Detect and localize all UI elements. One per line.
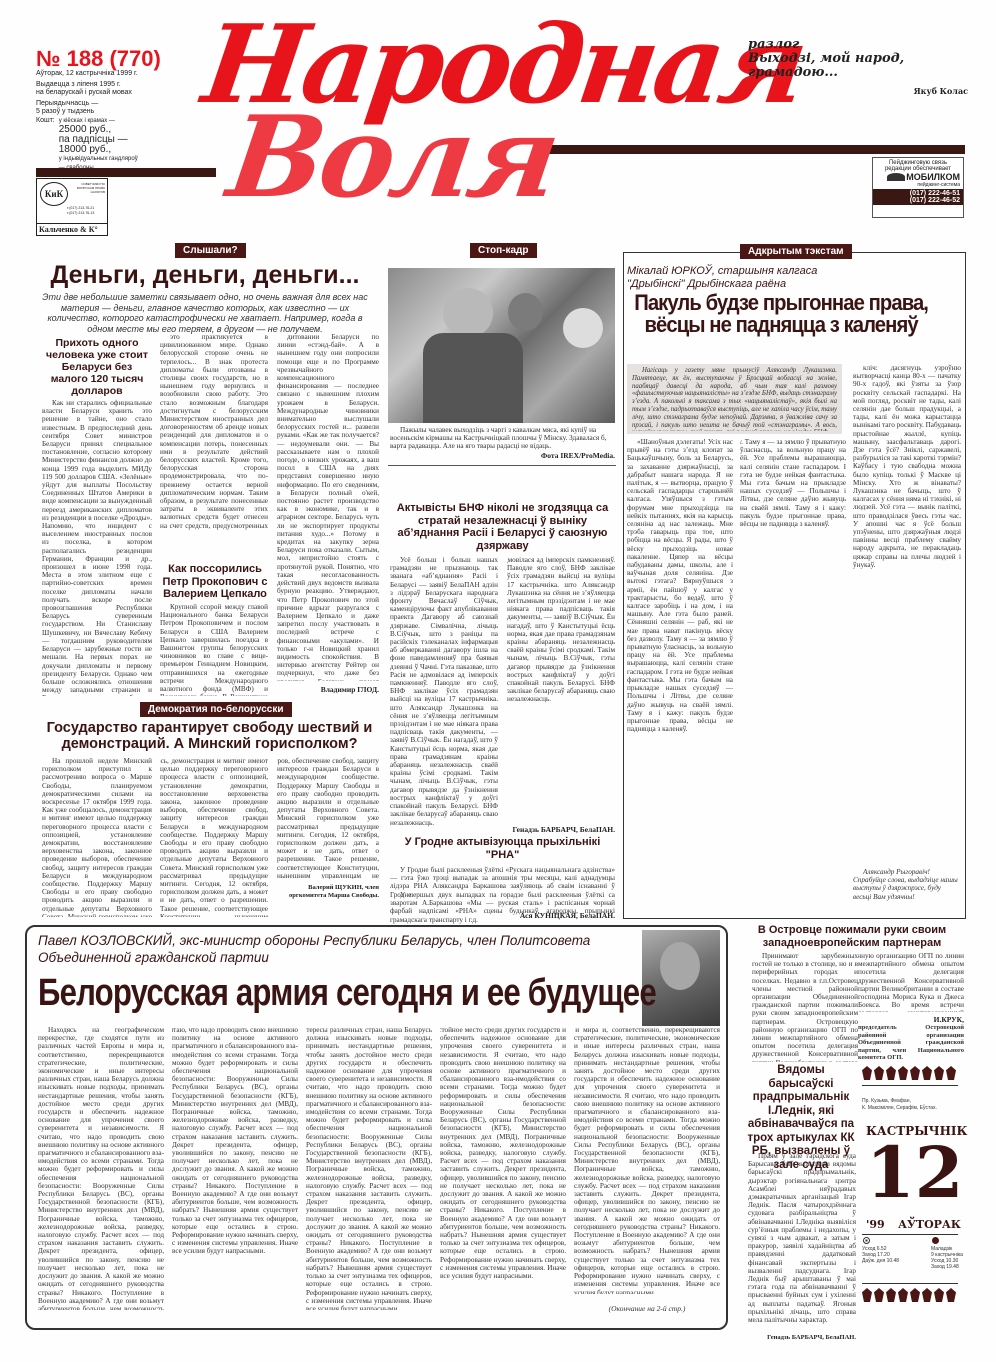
ostrovets-col2: Принимают зарубежных гостей не только в … [858,952,964,1012]
sun-icon [863,1237,870,1244]
masthead-rule-left [36,168,216,177]
languages-line: на беларускай і рускай мовах [36,89,196,98]
calendar-weekday: АЎТОРАК [898,1218,961,1231]
army-headline: Белорусская армия сегодня и ее будущее [38,973,530,1013]
rubric-heard: Слышали? [175,243,246,258]
kolkhoz-lead: Нагісаць у газету мяне прымусіў Аляксанд… [632,367,837,431]
lednik-text: Праям ў зале гарадскога суда Барысава, б… [748,1152,856,1332]
mobilcom-brand: МОБИЛКОМ [906,172,960,182]
bnf-headline: Актывісты БНФ ніколі не згодзяцца са стр… [390,502,615,552]
ostrovets-author: И.КРУК, [858,1015,964,1024]
kalchenko-phone-2: т.(017) 213-76-13 [67,211,94,215]
ornament-rule-top [862,1085,958,1086]
masthead-rule-right [545,145,965,154]
lednik-author: Генадзь БАРБАРЧ, БелаПАН. [748,1334,856,1341]
army-col1: Находясь на географическом перекрестке, … [38,1026,164,1310]
kalchenko-small-text: СОВЕТЧИКИ ПО ВОПРОСАМ ПРАВА НАЛОГОВ [71,182,105,194]
army-col3: Находясь на географическом перекрестке, … [306,1026,432,1310]
money-col2-text: это практикуется в цивилизованном мире. … [160,333,268,530]
minsk-demo-col1: На прошлой неделе Минский горисполком пр… [42,757,152,917]
calendar-rule-1 [862,1234,958,1235]
mobilcom-ad[interactable]: Пейджинговую связь редакции обеспечивает… [872,157,964,218]
day-length: Даўж. дня 10.48 [862,1258,899,1264]
army-headline-wrap: Белорусская армия сегодня и ее будущее [38,973,638,1013]
ostrovets-col1: Принимают зарубежных гостей не только в … [752,952,858,1062]
moon-icon [932,1237,939,1244]
frequency-value: 5 разоў у тыдзень [36,108,196,117]
kolkhoz-closing: Аляксандр Рыгоравіч! Спрабуйце слова, вы… [853,868,961,901]
masthead-info: Аўторак, 12 кастрычніка 1999 г. Выдаецца… [36,70,196,172]
bnf-author: Генадзь БАРБАРЧ, БелаПАН. [507,825,615,834]
kolkhoz-col2: «Шаноўныя дэлегаты! Усіх нас прывёў на г… [740,438,846,913]
mobilcom-phone-2: (017) 222-46-52 [876,197,960,204]
calendar-rule-2 [862,1283,958,1284]
epigraph: На прастор, на шырокі разлог Выходзі, мо… [748,24,978,98]
calendar-names-1: Пр. Кузьма, Феафан, [862,1098,911,1104]
money-col3-text: дитовании Беларуси по линии «стэнд-бай».… [277,333,379,681]
epigraph-line-2: Выходзі, мой народ, грамадою... [748,52,978,80]
issue-number: № 188 (770) [36,46,161,72]
money-sub1-headline: Прихоть одного человека уже стоит Белару… [42,337,152,397]
money-headline: Деньги, деньги, деньги... [40,262,370,290]
bnf-col1: Усё больш і больш нашых грамадзян не пры… [390,556,498,834]
kolkhoz-col1: «Шаноўныя дэлегаты! Усіх нас прывёў на г… [627,438,733,913]
photo-market [388,268,615,423]
epigraph-author: Якуб Колас [748,84,978,98]
photo-caption: Пажылы чалавек выходзіць з чаргі з кавал… [390,426,615,451]
army-col4: Находясь на географическом перекрестке, … [440,1026,566,1310]
epigraph-line-1: На прастор, на шырокі разлог [748,24,978,52]
rubric-democracy: Демократия по-белорусски [140,702,292,717]
rna-author: Ася КУНІЦКАЯ, БелаПАН. [390,911,615,920]
photo-credit: Фота IREX/ProMedia. [390,451,615,460]
kolkhoz-col3: кліч: дасягнуць узроўню вытворчасці канц… [853,364,961,856]
moon-info: Маладзік 9 кастрычніка Усход 10.30 Заход… [931,1246,963,1270]
price-subscription-value: 18000 руб., [59,145,138,155]
money-sub1-text: Как ни старались официальные власти Бела… [42,399,152,696]
moonset: Заход 19.48 [931,1264,963,1270]
rubric-open-text: Адкрытым тэкстам [740,244,852,259]
army-subtitle: Павел КОЗЛОВСКИЙ, экс-министр обороны Ре… [38,932,638,966]
kalchenko-name: Кальченко & К° [37,223,107,235]
minsk-demo-col2: На прошлой неделе Минский горисполком пр… [160,757,268,917]
since-line: Выдаецца з ліпеня 1995 г. [36,81,196,90]
rubric-stop-frame: Стоп-кадр [470,243,537,258]
minsk-demo-headline: Государство гарантирует свободу шествий … [42,720,377,752]
calendar-year: '99 [866,1218,885,1231]
kolkhoz-subtitle: Мікалай ЮРКОЎ, старшыня калгаса "Дрыбінс… [627,265,857,291]
kolkhoz-headline: Пакуль будзе прыгоннае права, вёсцы не п… [627,292,935,336]
issue-date: Аўторак, 12 кастрычніка 1999 г. [36,70,196,79]
mobilcom-logo-icon [887,173,905,181]
money-author: Владимир ГЛОД. [277,685,379,694]
kolkhoz-headline-wrap: Пакуль будзе прыгоннае права, вёсцы не п… [627,292,962,336]
kalchenko-ad[interactable]: КиК СОВЕТЧИКИ ПО ВОПРОСАМ ПРАВА НАЛОГОВ … [36,178,108,236]
money-lead: Эти две небольшие заметки связывает одно… [40,292,370,334]
calendar-day: 12 [866,1133,958,1213]
ostrovets-headline: В Островце пожимали руки своим западноев… [738,924,966,949]
minsk-demo-author: Валерий ЩУКИН, член оргкомитета Марша Св… [277,884,379,899]
army-col5: Находясь на географическом перекрестке, … [574,1026,720,1294]
price-label: Кошт: [36,117,55,173]
divider [388,465,616,466]
newspaper-title-volya: Воля [222,100,563,215]
sun-info: Усход 6.52 Заход 17.20 Даўж. дня 10.48 [862,1246,899,1264]
bnf-col2: Усё больш і больш нашых грамадзян не пры… [507,556,615,824]
frequency-line: Перыядычнасць — [36,100,196,109]
price-private-label: у індывідуальных гандляроў [59,155,138,164]
kik-logo-icon: КиК [40,182,68,206]
mobilcom-phone-1: (017) 222-46-51 [876,190,960,197]
ornament-bottom-icon [862,1288,956,1302]
minsk-demo-col3: На прошлой неделе Минский горисполком пр… [277,757,379,879]
ornament-top-icon [862,1066,956,1080]
money-sub2-headline: Как поссорились Петр Прокопович с Валери… [156,563,274,601]
army-continued: (Окончание на 2-й стр.) [574,1304,720,1313]
rna-headline: У Гродне актывізуюцца прыхільнікі "РНА" [390,836,615,862]
kalchenko-phone-1: т.(017) 213-76-21 [67,206,94,210]
calendar-names-2: К. Максімілян, Серафім, Еўстах. [862,1105,937,1111]
mobilcom-sub: пейджинг-система [873,182,963,188]
money-sub2-text: Крупной ссорой между главой Национальног… [160,603,268,696]
ostrovets-author-role: председатель Островецкой районной органи… [858,1024,964,1062]
army-col2: Находясь на географическом перекрестке, … [172,1026,298,1310]
kolkhoz-lead-box: Нагісаць у газету мяне прымусіў Аляксанд… [627,364,842,434]
